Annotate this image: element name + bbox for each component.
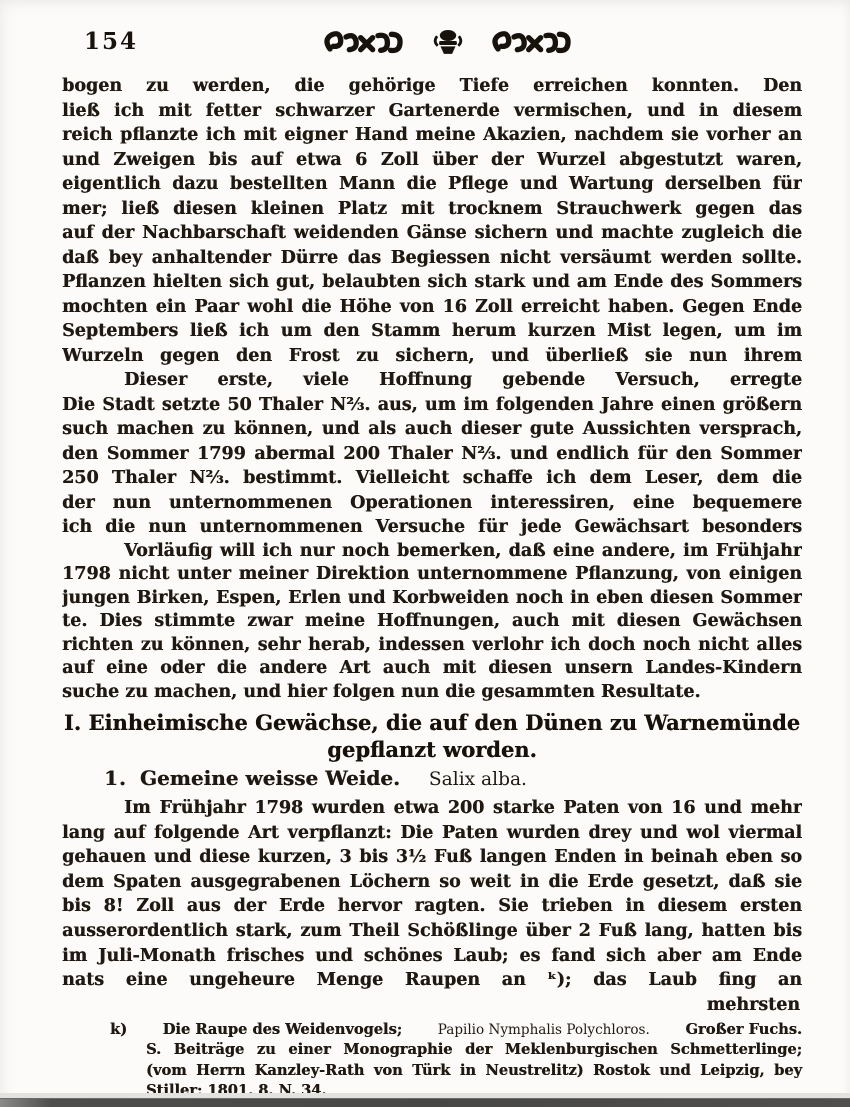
paragraph-willow-planting: Im Frühjahr 1798 wurden etwa 200 starke … <box>62 796 802 993</box>
text-line: S. Beiträge zu einer Monographie der Mek… <box>110 1040 802 1060</box>
text-line: te. Dies stimmte zwar meine Hoffnungen, … <box>62 610 802 634</box>
section-heading-line2: gepflanzt worden. <box>62 736 802 763</box>
text-line: eigentlich dazu bestellten Mann die Pfle… <box>62 172 802 197</box>
paragraph-preliminary-remark: Vorläufig will ich nur noch bemerken, da… <box>62 540 802 705</box>
text-line: ich die nun unternommenen Versuche für j… <box>62 515 802 540</box>
text-line: mochten ein Paar wohl die Höhe von 16 Zo… <box>62 295 802 320</box>
text-line: 250 Thaler N⅔. bestimmt. Vielleicht scha… <box>62 466 802 491</box>
header-ornament-row <box>322 26 574 60</box>
species-number: 1. <box>104 766 127 790</box>
species-latin-name: Salix alba. <box>429 769 527 790</box>
species-title: Gemeine weisse Weide. <box>140 766 400 790</box>
text-line: der nun unternommenen Operationen intere… <box>62 491 802 516</box>
text-line: ließ ich mit fetter schwarzer Gartenerde… <box>62 99 802 124</box>
body-text-column: bogen zu werden, die gehörige Tiefe erre… <box>62 74 802 1101</box>
text-line: (vom Herrn Kanzley-Rath von Türk in Neus… <box>110 1061 802 1081</box>
footnote-text-german: Die Raupe des Weidenvogels; <box>163 1020 402 1040</box>
text-line: Wurzeln gegen den Frost zu sichern, und … <box>62 344 802 369</box>
text-line: Pflanzen hielten sich gut, belaubten sic… <box>62 270 802 295</box>
text-line: mer; ließ diesen kleinen Platz mit trock… <box>62 197 802 222</box>
text-line: reich pflanzte ich mit eigner Hand meine… <box>62 123 802 148</box>
text-line: und Zweigen bis auf etwa 6 Zoll über der… <box>62 148 802 173</box>
text-line: bis 8! Zoll aus der Erde hervor ragten. … <box>62 894 802 919</box>
footnote-latin-name: Papilio Nymphalis Polychloros. <box>438 1020 650 1040</box>
footnote-line1: k) Die Raupe des Weidenvogels; Papilio N… <box>110 1020 802 1040</box>
footnote: k) Die Raupe des Weidenvogels; Papilio N… <box>62 1020 802 1102</box>
page-number: 154 <box>84 28 138 55</box>
text-line: nats eine ungeheure Menge Raupen an ᵏ); … <box>62 968 802 993</box>
catchword: mehrsten <box>62 993 802 1017</box>
fleuron-crown-icon <box>433 28 463 58</box>
text-line: richten zu können, sehr herab, indessen … <box>62 634 802 658</box>
text-line: jungen Birken, Espen, Erlen und Korbweid… <box>62 587 802 611</box>
text-line: auf der Nachbarschaft weidenden Gänse si… <box>62 221 802 246</box>
footnote-marker: k) <box>110 1020 127 1040</box>
text-line: such machen zu können, und als auch dies… <box>62 417 802 442</box>
text-line: auf eine oder die andere Art auch mit di… <box>62 657 802 681</box>
section-heading: I. Einheimische Gewächse, die auf den Dü… <box>62 709 802 763</box>
text-line: dem Spaten ausgegrabenen Löchern so weit… <box>62 870 802 895</box>
text-line: ausserordentlich stark, zum Theil Schößl… <box>62 919 802 944</box>
paragraph-continuation: bogen zu werden, die gehörige Tiefe erre… <box>62 74 802 368</box>
text-line: Dieser erste, viele Hoffnung gebende Ver… <box>62 368 802 393</box>
text-line: im Juli-Monath frisches und schönes Laub… <box>62 944 802 969</box>
text-line: lang auf folgende Art verpflanzt: Die Pa… <box>62 821 802 846</box>
fleuron-flourish-right-icon <box>490 29 574 57</box>
footnote-text-german-end: Großer Fuchs. <box>685 1020 802 1040</box>
text-line: suche zu machen, und hier folgen nun die… <box>62 681 802 705</box>
text-line: Die Stadt setzte 50 Thaler N⅔. aus, um i… <box>62 393 802 418</box>
text-line: bogen zu werden, die gehörige Tiefe erre… <box>62 74 802 99</box>
scanned-book-page: { "colors": { "ink": "#201911", "paper":… <box>0 0 850 1107</box>
text-line: den Sommer 1799 abermal 200 Thaler N⅔. u… <box>62 442 802 467</box>
scan-edge-dark-strip <box>0 1098 850 1107</box>
text-line: 1798 nicht unter meiner Direktion untern… <box>62 563 802 587</box>
paragraph-first-experiment: Dieser erste, viele Hoffnung gebende Ver… <box>62 368 802 540</box>
text-line: gehauen und diese kurzen, 3 bis 3½ Fuß l… <box>62 845 802 870</box>
fleuron-flourish-left-icon <box>322 29 406 57</box>
text-line: Vorläufig will ich nur noch bemerken, da… <box>62 540 802 564</box>
text-line: daß bey anhaltender Dürre das Begiessen … <box>62 246 802 271</box>
text-line: Septembers ließ ich um den Stamm herum k… <box>62 319 802 344</box>
text-line: Im Frühjahr 1798 wurden etwa 200 starke … <box>62 796 802 821</box>
section-heading-line1: I. Einheimische Gewächse, die auf den Dü… <box>62 709 802 736</box>
book-page: 154 <box>0 0 850 1107</box>
species-subheading: 1. Gemeine weisse Weide. Salix alba. <box>62 765 802 793</box>
